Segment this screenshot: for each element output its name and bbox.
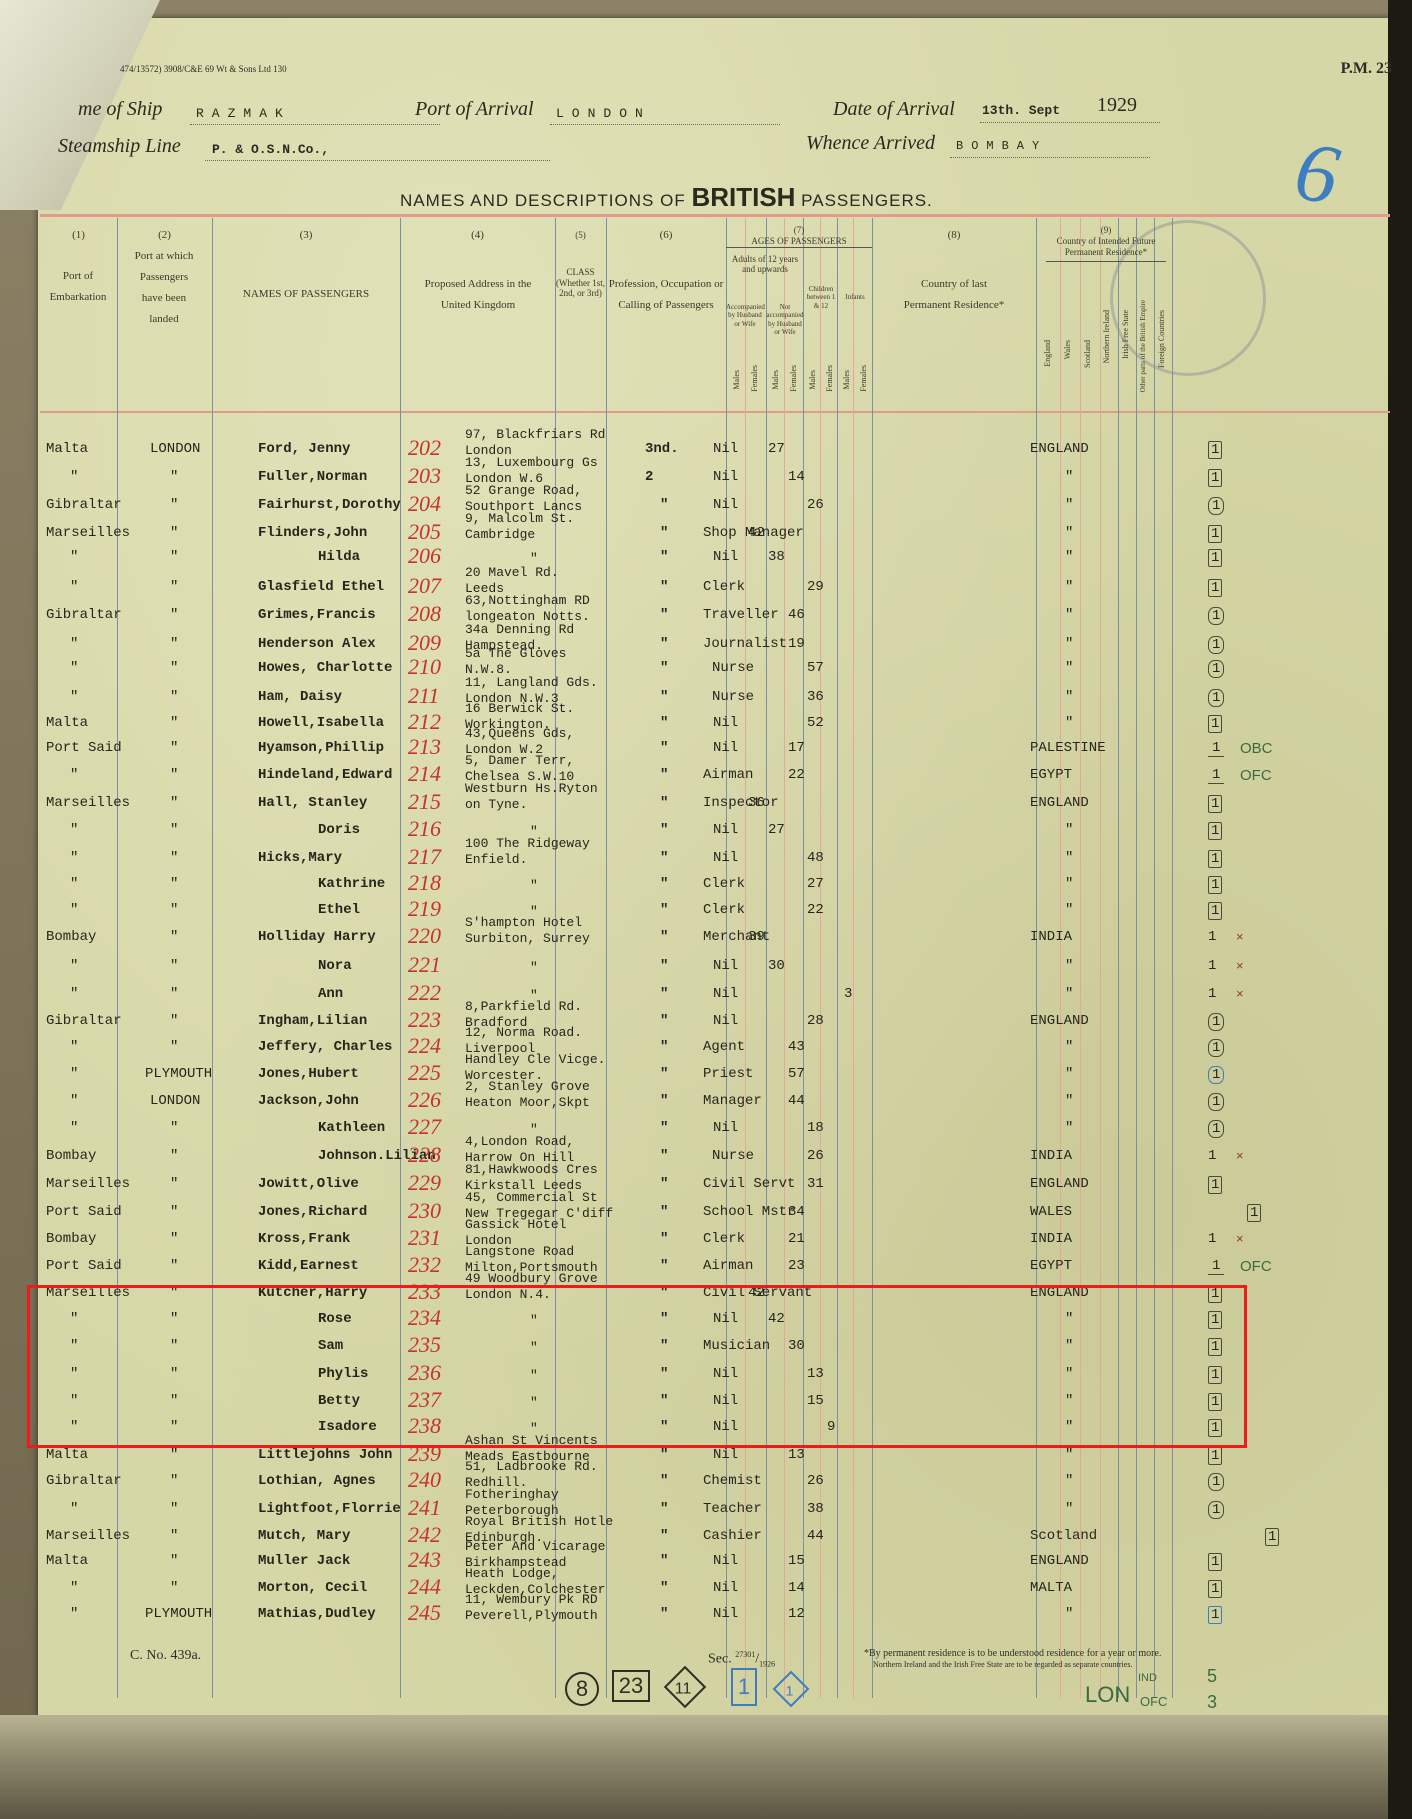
class: "	[660, 1473, 668, 1489]
address-line-2: "	[530, 960, 538, 975]
port-of-embarkation: "	[70, 958, 78, 974]
age: 22	[807, 902, 824, 918]
table-row: Gibraltar"Grimes,Francis20863,Nottingham…	[0, 607, 1412, 631]
port-of-embarkation: "	[70, 822, 78, 838]
port-landed: "	[170, 767, 178, 783]
col7-children-label: Children between 1 & 12	[804, 285, 838, 310]
address-line-1: 97, Blackfriars Rd	[465, 429, 605, 441]
age: 26	[807, 1148, 824, 1164]
port-landed: LONDON	[150, 441, 200, 457]
occupation: Traveller	[703, 607, 779, 623]
port-landed: "	[170, 876, 178, 892]
port-landed: "	[170, 1013, 178, 1029]
steamship-line-value: P. & O.S.N.Co.,	[212, 142, 329, 157]
address-line-1: Fotheringhay	[465, 1489, 559, 1501]
passenger-name: Ingham,Lilian	[258, 1013, 367, 1029]
address-line-1: 51, Ladbrooke Rd.	[465, 1461, 598, 1473]
class: "	[660, 549, 668, 565]
occupation: Civil Servt	[703, 1176, 795, 1192]
col1-label: Port of Embarkation	[48, 266, 108, 308]
col7-males: Males	[842, 370, 851, 390]
date-of-arrival-label: Date of Arrival	[833, 98, 955, 121]
address-line-1: 4,London Road,	[465, 1136, 574, 1148]
port-of-embarkation: "	[70, 1093, 78, 1109]
col2-label: Port at which Passengers have been lande…	[129, 246, 199, 330]
age: 39	[748, 929, 765, 945]
table-row: Gibraltar"Lothian, Agnes24051, Ladbrooke…	[0, 1473, 1412, 1497]
country-last-residence: ENGLAND	[1030, 795, 1089, 811]
col6-header: (6) Profession, Occupation or Calling of…	[606, 225, 726, 316]
port-landed: "	[170, 1553, 178, 1569]
country-last-residence: Scotland	[1030, 1528, 1097, 1544]
handwritten-lon: LON	[1085, 1682, 1130, 1708]
col6-label: Profession, Occupation or Calling of Pas…	[606, 274, 726, 316]
country-intended-residence: 1	[1265, 1528, 1279, 1546]
table-row: ""Hilda206""Nil38"1	[0, 549, 1412, 573]
country-last-residence: INDIA	[1030, 929, 1072, 945]
form-code: P.M. 23	[1341, 60, 1392, 78]
country-intended-residence: 1	[1208, 902, 1222, 920]
address-line-1: Royal British Hotle	[465, 1516, 613, 1528]
passenger-serial-number: 219	[408, 896, 441, 922]
class: "	[660, 822, 668, 838]
col2-header: (2) Port at which Passengers have been l…	[117, 225, 212, 329]
tally-blue-diamond-value: 1	[786, 1679, 794, 1701]
sec-frac-bottom: 1926	[759, 1659, 775, 1668]
port-landed: "	[170, 822, 178, 838]
passenger-name: Muller Jack	[258, 1553, 350, 1569]
country-last-residence: WALES	[1030, 1204, 1072, 1220]
country-last-residence: EGYPT	[1030, 1258, 1072, 1274]
header-rule-bottom	[40, 411, 1390, 413]
tally-circle: 8	[565, 1672, 599, 1706]
country-intended-residence: 1	[1208, 1013, 1224, 1031]
passenger-serial-number: 208	[408, 601, 441, 627]
address-line-1: 34a Denning Rd	[465, 624, 574, 636]
passenger-serial-number: 221	[408, 952, 441, 978]
port-landed: "	[170, 1258, 178, 1274]
passenger-name: Kidd,Earnest	[258, 1258, 359, 1274]
address-line-2: Peverell,Plymouth	[465, 1608, 598, 1623]
passenger-name: Mathias,Dudley	[258, 1606, 376, 1622]
country-last-residence: "	[1065, 1093, 1073, 1109]
table-row: Marseilles"Jowitt,Olive22981,Hawkwoods C…	[0, 1176, 1412, 1200]
passenger-serial-number: 223	[408, 1007, 441, 1033]
col7-label: AGES OF PASSENGERS	[726, 236, 872, 248]
passenger-name: Howes, Charlotte	[258, 660, 392, 676]
port-landed: "	[170, 850, 178, 866]
title-pre: NAMES AND DESCRIPTIONS OF	[400, 191, 686, 210]
port-landed: "	[170, 525, 178, 541]
port-landed: "	[170, 579, 178, 595]
occupation: Teacher	[703, 1501, 762, 1517]
passenger-name: Kross,Frank	[258, 1231, 350, 1247]
address-line-1: 2, Stanley Grove	[465, 1081, 590, 1093]
whence-arrived-value: BOMBAY	[956, 139, 1047, 153]
address-line-1: Heath Lodge,	[465, 1568, 559, 1580]
age: 36	[748, 795, 765, 811]
table-row: Malta"Littlejohns John239Ashan St Vincen…	[0, 1447, 1412, 1471]
passenger-serial-number: 231	[408, 1225, 441, 1251]
col8-label: Country of last Permanent Residence*	[899, 274, 1009, 316]
port-landed: "	[170, 740, 178, 756]
address-line-1: 43,Queens Gds,	[465, 728, 574, 740]
country-last-residence: "	[1065, 850, 1073, 866]
table-row: ""Kathleen227""Nil18"1	[0, 1120, 1412, 1144]
port-of-embarkation: "	[70, 1501, 78, 1517]
passenger-name: Littlejohns John	[258, 1447, 392, 1463]
country-intended-residence: 1	[1208, 1176, 1222, 1194]
table-row: Gibraltar"Ingham,Lilian2238,Parkfield Rd…	[0, 1013, 1412, 1037]
footnote-ireland: Northern Ireland and the Irish Free Stat…	[873, 1660, 1132, 1669]
col7-accompanied-label: Accompanied by Husband or Wife	[726, 303, 764, 328]
port-landed: "	[170, 1231, 178, 1247]
title-post: PASSENGERS.	[801, 191, 933, 210]
table-row: Bombay"Kross,Frank231Gassick HotelLondon…	[0, 1231, 1412, 1255]
port-of-embarkation: Bombay	[46, 929, 96, 945]
occupation: Nil	[713, 1553, 738, 1569]
occupation: Priest	[703, 1066, 753, 1082]
address-line-1: 45, Commercial St	[465, 1192, 598, 1204]
passenger-serial-number: 220	[408, 923, 441, 949]
port-of-embarkation: "	[70, 549, 78, 565]
col7-females: Females	[859, 365, 868, 392]
address-line-2: "	[530, 551, 538, 566]
country-last-residence: "	[1065, 1120, 1073, 1136]
age: 26	[807, 497, 824, 513]
address-line-1: 11, Langland Gds.	[465, 677, 598, 689]
passenger-serial-number: 245	[408, 1600, 441, 1626]
age: 23	[788, 1258, 805, 1274]
port-of-embarkation: Marseilles	[46, 1528, 130, 1544]
passenger-serial-number: 232	[408, 1252, 441, 1278]
col5-label: CLASS (Whether 1st, 2nd, or 3rd)	[555, 267, 606, 299]
passenger-name: Grimes,Francis	[258, 607, 376, 623]
country-intended-residence: 1	[1208, 986, 1216, 1002]
passenger-serial-number: 206	[408, 543, 441, 569]
passenger-name: Ford, Jenny	[258, 441, 350, 457]
occupation: Nil	[713, 497, 738, 513]
port-landed: "	[170, 958, 178, 974]
passenger-name: Jackson,John	[258, 1093, 359, 1109]
col7-adults-label: Adults of 12 years and upwards	[726, 254, 804, 276]
country-last-residence: "	[1065, 1473, 1073, 1489]
table-row: ""Hindeland,Edward2145, Damer Terr,Chels…	[0, 767, 1412, 791]
class: "	[660, 1093, 668, 1109]
table-row: Port Said"Hyamson,Phillip21343,Queens Gd…	[0, 740, 1412, 764]
country-last-residence: EGYPT	[1030, 767, 1072, 783]
steamship-dotline	[205, 160, 550, 161]
col3-label: NAMES OF PASSENGERS	[212, 284, 400, 305]
handwritten-ind: IND	[1138, 1672, 1157, 1684]
country-last-residence: "	[1065, 822, 1073, 838]
date-of-arrival-value: 13th. Sept	[982, 103, 1060, 118]
age: 38	[768, 549, 785, 565]
address-line-1: 5, Damer Terr,	[465, 755, 574, 767]
table-row: ""Kathrine218""Clerk27"1	[0, 876, 1412, 900]
sec-text: Sec.	[708, 1652, 732, 1667]
passenger-serial-number: 210	[408, 654, 441, 680]
passenger-serial-number: 207	[408, 573, 441, 599]
address-line-2: Heaton Moor,Skpt	[465, 1095, 590, 1110]
port-of-embarkation: "	[70, 636, 78, 652]
class: "	[660, 1258, 668, 1274]
class: "	[660, 1528, 668, 1544]
age: 42	[748, 525, 765, 541]
passenger-name: Jones,Hubert	[258, 1066, 359, 1082]
port-landed: "	[170, 902, 178, 918]
printer-line: 474/13572) 3908/C&E 69 Wt & Sons Ltd 130	[120, 64, 287, 74]
class: "	[660, 767, 668, 783]
table-row: Marseilles"Flinders,John2059, Malcolm St…	[0, 525, 1412, 549]
passenger-name: Kathrine	[318, 876, 385, 892]
table-row: "PLYMOUTHJones,Hubert225Handley Cle Vicg…	[0, 1066, 1412, 1090]
passenger-serial-number: 224	[408, 1033, 441, 1059]
date-dotline	[980, 122, 1160, 123]
country-last-residence: "	[1065, 902, 1073, 918]
passenger-serial-number: 216	[408, 816, 441, 842]
port-landed: "	[170, 795, 178, 811]
passenger-name: Ann	[318, 986, 343, 1002]
table-row: ""Henderson Alex20934a Denning RdHampste…	[0, 636, 1412, 660]
col9-sub-northern-ireland: Northern Ireland	[1102, 310, 1111, 364]
port-landed: "	[170, 1501, 178, 1517]
table-row: Port Said"Jones,Richard23045, Commercial…	[0, 1204, 1412, 1228]
age: 46	[788, 607, 805, 623]
col7-females: Females	[789, 365, 798, 392]
passenger-serial-number: 204	[408, 491, 441, 517]
col4-header: (4) Proposed Address in the United Kingd…	[400, 225, 555, 316]
port-of-embarkation: Marseilles	[46, 1176, 130, 1192]
col9-sub-irish-free-state: Irish Free State	[1121, 310, 1130, 359]
port-landed: "	[170, 1039, 178, 1055]
passenger-serial-number: 217	[408, 844, 441, 870]
footnote-permanent-residence: *By permanent residence is to be underst…	[864, 1648, 1161, 1659]
age: 28	[807, 1013, 824, 1029]
port-landed: PLYMOUTH	[145, 1066, 212, 1082]
age: 38	[807, 1501, 824, 1517]
port-of-embarkation: Bombay	[46, 1231, 96, 1247]
passenger-name: Hindeland,Edward	[258, 767, 392, 783]
highlight-box	[27, 1285, 1247, 1448]
country-last-residence: ENGLAND	[1030, 1013, 1089, 1029]
country-intended-residence: 1	[1208, 579, 1222, 597]
address-line-1: Gassick Hotel	[465, 1219, 566, 1231]
country-last-residence: INDIA	[1030, 1231, 1072, 1247]
class: 3nd.	[645, 441, 679, 457]
table-row: ""Howes, Charlotte2105a The GlovesN.W.8.…	[0, 660, 1412, 684]
country-intended-residence: 1	[1208, 689, 1224, 707]
col9-sub-other-empire: Other parts of the British Empire	[1139, 300, 1147, 392]
age: 52	[807, 715, 824, 731]
occupation: Clerk	[703, 579, 745, 595]
cross-mark-icon: ×	[1236, 986, 1244, 1001]
sec-label: Sec. 27301/1926	[708, 1650, 775, 1668]
whence-dotline	[950, 157, 1150, 158]
port-landed: "	[170, 689, 178, 705]
country-intended-residence: 1	[1208, 1501, 1224, 1519]
class: "	[660, 1066, 668, 1082]
class: "	[660, 1580, 668, 1596]
ship-dotline	[190, 124, 440, 125]
country-intended-residence: 1	[1208, 1231, 1216, 1247]
passenger-name: Henderson Alex	[258, 636, 376, 652]
table-row: ""Doris216""Nil27"1	[0, 822, 1412, 846]
port-of-embarkation: "	[70, 1606, 78, 1622]
occupation: Nurse	[712, 660, 754, 676]
col7-not-accompanied-label: Not accompanied by Husband or Wife	[766, 303, 804, 337]
table-row: "PLYMOUTHMathias,Dudley24511, Wembury Pk…	[0, 1606, 1412, 1630]
col7-males: Males	[771, 370, 780, 390]
class: "	[660, 1606, 668, 1622]
col4-label: Proposed Address in the United Kingdom	[418, 274, 538, 316]
country-last-residence: ENGLAND	[1030, 1553, 1089, 1569]
country-last-residence: "	[1065, 660, 1073, 676]
country-intended-residence: 1	[1208, 1447, 1222, 1465]
handwritten-5: 5	[1207, 1666, 1217, 1687]
col5-num: (5)	[555, 230, 606, 241]
port-landed: "	[170, 715, 178, 731]
age: 13	[788, 1447, 805, 1463]
class: "	[660, 715, 668, 731]
age: 18	[807, 1120, 824, 1136]
occupation: Nurse	[712, 1148, 754, 1164]
age: 48	[807, 850, 824, 866]
class: "	[660, 986, 668, 1002]
occupation: Nil	[713, 1120, 738, 1136]
age: 21	[788, 1231, 805, 1247]
passenger-serial-number: 228	[408, 1142, 441, 1168]
country-last-residence: "	[1065, 958, 1073, 974]
col7-females: Females	[750, 365, 759, 392]
port-landed: "	[170, 636, 178, 652]
address-line-1: 13, Luxembourg Gs	[465, 457, 598, 469]
country-last-residence: "	[1065, 715, 1073, 731]
port-of-embarkation: "	[70, 689, 78, 705]
table-row: ""Ham, Daisy21111, Langland Gds.London N…	[0, 689, 1412, 713]
port-landed: "	[170, 497, 178, 513]
country-intended-residence: 1	[1208, 636, 1224, 654]
passenger-name: Hyamson,Phillip	[258, 740, 384, 756]
country-last-residence: "	[1065, 549, 1073, 565]
port-of-embarkation: Port Said	[46, 1204, 122, 1220]
address-line-1: Westburn Hs.Ryton	[465, 783, 598, 795]
table-row: Bombay"Johnson.Lilian2284,London Road,Ha…	[0, 1148, 1412, 1172]
occupation: Airman	[703, 767, 753, 783]
handwritten-note: OBC	[1240, 740, 1273, 757]
port-landed: "	[170, 1580, 178, 1596]
occupation: Chemist	[703, 1473, 762, 1489]
occupation: Airman	[703, 1258, 753, 1274]
country-intended-residence: 1	[1208, 1473, 1224, 1491]
passenger-serial-number: 211	[408, 683, 439, 709]
table-row: ""Fuller,Norman20313, Luxembourg GsLondo…	[0, 469, 1412, 493]
col4-num: (4)	[400, 225, 555, 246]
sec-frac-top: 27301	[735, 1650, 755, 1659]
port-of-embarkation: "	[70, 1039, 78, 1055]
country-last-residence: "	[1065, 1606, 1073, 1622]
occupation: Nil	[713, 1606, 738, 1622]
country-intended-residence: 1	[1247, 1204, 1261, 1222]
table-row: ""Lightfoot,Florrie241FotheringhayPeterb…	[0, 1501, 1412, 1525]
passenger-serial-number: 205	[408, 519, 441, 545]
port-dotline	[550, 124, 780, 125]
country-last-residence: "	[1065, 1447, 1073, 1463]
port-of-embarkation: Malta	[46, 715, 88, 731]
table-row: Marseilles"Mutch, Mary242Royal British H…	[0, 1528, 1412, 1552]
country-intended-residence: 1	[1208, 525, 1222, 543]
occupation: Manager	[703, 1093, 762, 1109]
ship-value: RAZMAK	[196, 106, 291, 121]
col9-sub-england: England	[1043, 340, 1052, 367]
port-of-embarkation: "	[70, 579, 78, 595]
col1-header: (1) Port of Embarkation	[40, 225, 117, 308]
header-rule-top	[40, 214, 1390, 217]
col3-num: (3)	[212, 225, 400, 246]
passenger-name: Mutch, Mary	[258, 1528, 350, 1544]
class: "	[660, 497, 668, 513]
country-last-residence: "	[1065, 1066, 1073, 1082]
passenger-name: Howell,Isabella	[258, 715, 384, 731]
occupation: Nil	[713, 822, 738, 838]
country-last-residence: "	[1065, 1501, 1073, 1517]
class: "	[660, 1013, 668, 1029]
age: 22	[788, 767, 805, 783]
country-last-residence: "	[1065, 525, 1073, 541]
country-intended-residence: 1	[1208, 469, 1222, 487]
address-line-1: Peter And Vicarage	[465, 1541, 605, 1553]
passenger-name: Morton, Cecil	[258, 1580, 367, 1596]
table-row: ""Ann222""Nil3"1×	[0, 986, 1412, 1010]
country-intended-residence: 1	[1208, 795, 1222, 813]
port-of-embarkation: Malta	[46, 1553, 88, 1569]
col7-header: (7) AGES OF PASSENGERS Adults of 12 year…	[726, 225, 872, 275]
country-last-residence: "	[1065, 579, 1073, 595]
occupation: School Mstr	[703, 1204, 795, 1220]
passenger-name: Lothian, Agnes	[258, 1473, 376, 1489]
occupation: Cashier	[703, 1528, 762, 1544]
col1-num: (1)	[40, 225, 117, 246]
country-intended-residence: 1	[1208, 850, 1222, 868]
passenger-serial-number: 242	[408, 1522, 441, 1548]
whence-arrived-label: Whence Arrived	[806, 132, 935, 155]
port-of-embarkation: "	[70, 469, 78, 485]
port-of-embarkation: "	[70, 1580, 78, 1596]
passenger-name: Ham, Daisy	[258, 689, 342, 705]
form-number: C. No. 439a.	[130, 1648, 201, 1664]
passenger-serial-number: 202	[408, 435, 441, 461]
occupation: Nil	[713, 1447, 738, 1463]
occupation: Nil	[713, 1013, 738, 1029]
country-last-residence: "	[1065, 497, 1073, 513]
port-landed: "	[170, 1447, 178, 1463]
port-of-embarkation: Gibraltar	[46, 497, 122, 513]
col8-header: (8) Country of last Permanent Residence*	[872, 225, 1036, 316]
age: 44	[788, 1093, 805, 1109]
country-last-residence: ENGLAND	[1030, 441, 1089, 457]
table-row: ""Jeffery, Charles22412, Norma Road.Live…	[0, 1039, 1412, 1063]
age: 14	[788, 1580, 805, 1596]
table-row: Gibraltar"Fairhurst,Dorothy20452 Grange …	[0, 497, 1412, 521]
passenger-name: Jeffery, Charles	[258, 1039, 392, 1055]
class: "	[660, 579, 668, 595]
country-intended-residence: 1	[1208, 1120, 1224, 1138]
col9-label: Country of Intended Future Permanent Res…	[1046, 236, 1166, 263]
handwritten-3: 3	[1207, 1692, 1217, 1713]
port-landed: "	[170, 549, 178, 565]
class: "	[660, 1148, 668, 1164]
occupation: Journalist	[703, 636, 787, 652]
